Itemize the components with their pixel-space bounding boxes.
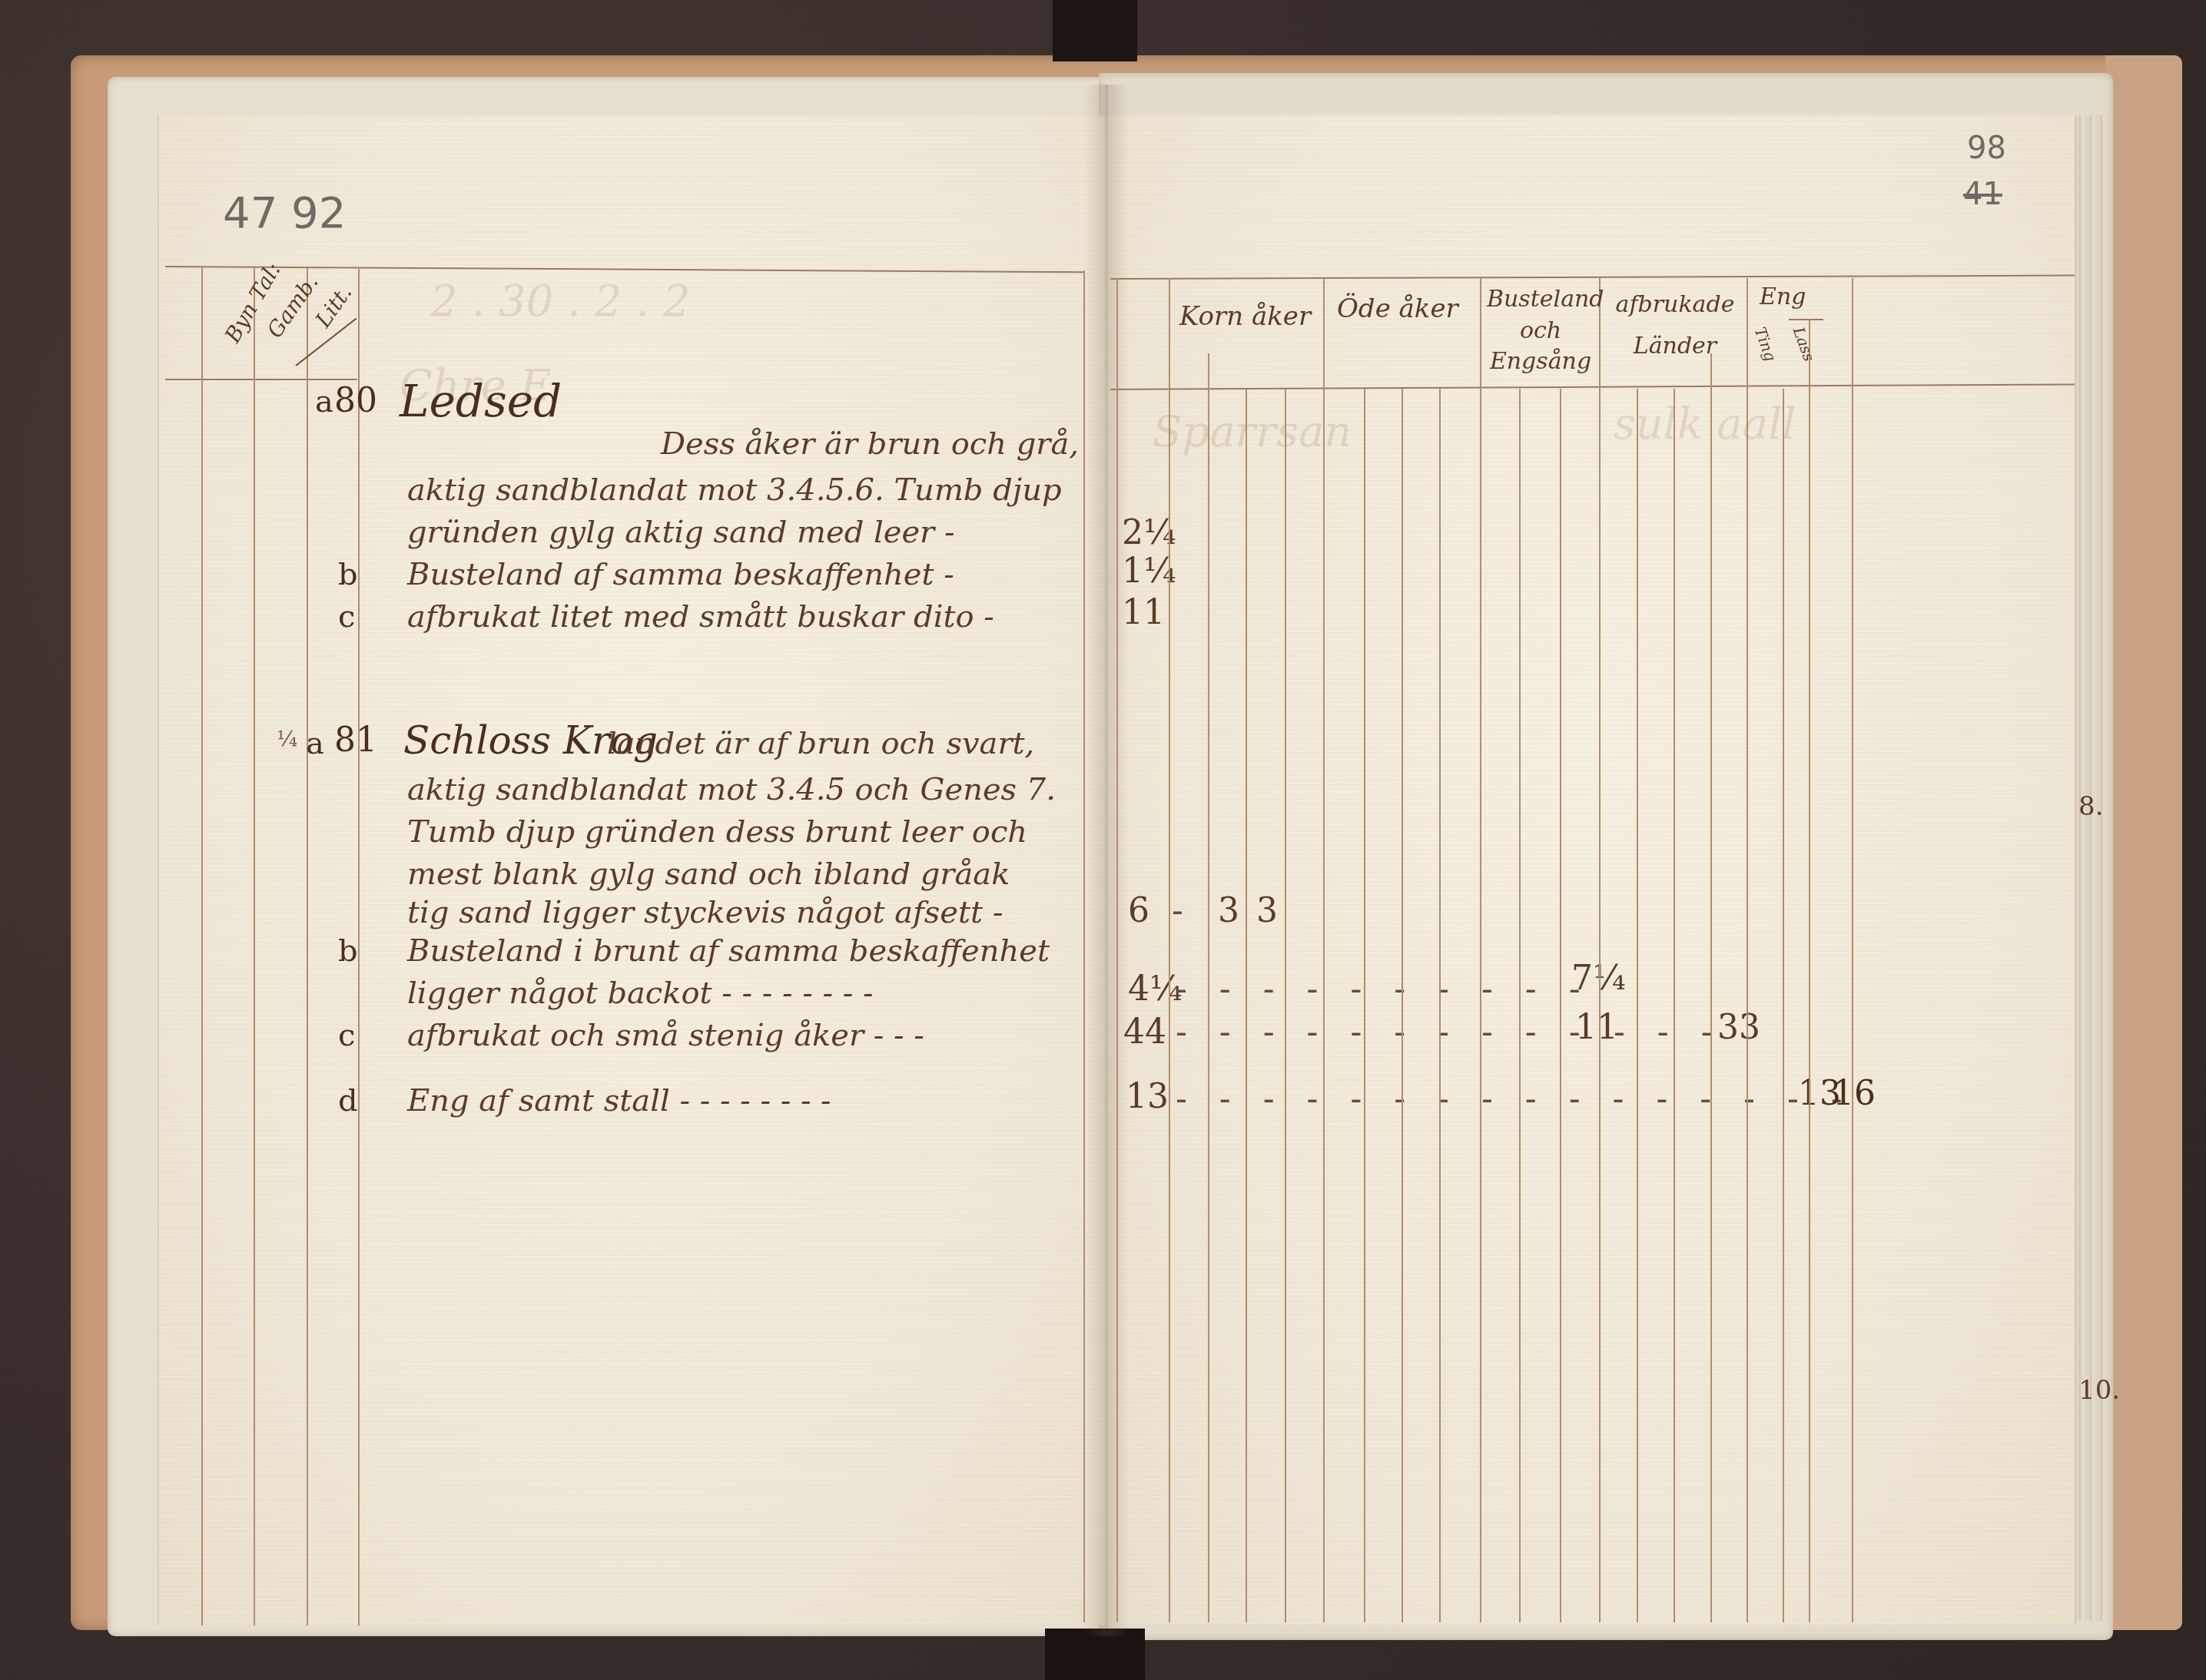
- header-bottom-rule: [165, 379, 357, 380]
- dash-leader: - - - - - - - - - -: [1176, 969, 1591, 1009]
- entry-amount: 44: [1123, 1012, 1166, 1052]
- amount-column-rule: [1083, 270, 1085, 1622]
- entry-letter: c: [338, 599, 355, 635]
- column-rule: [1599, 278, 1601, 1622]
- row-value: 3: [1218, 891, 1239, 930]
- header-eng: Eng: [1760, 286, 1806, 309]
- entry-line: Busteland af samma beskaffenhet -: [407, 557, 954, 592]
- column-rule: [1402, 389, 1403, 1622]
- entry-letter: d: [338, 1083, 358, 1118]
- column-rule: [1852, 278, 1853, 1622]
- entry-line: ligger något backot - - - - - - - -: [407, 976, 873, 1011]
- bleed-through: Sparrsan: [1153, 407, 1352, 457]
- pencil-folio-right-bottom: 41: [1963, 177, 2002, 212]
- entry-line: tig sand ligger styckevis något afsett -: [407, 895, 1003, 930]
- row-value: 33: [1717, 1008, 1760, 1047]
- column-rule: [1809, 319, 1810, 1622]
- column-rule: [1116, 278, 1118, 1622]
- column-rule: [1285, 389, 1286, 1622]
- row-value: 11: [1575, 1008, 1618, 1047]
- entry-amount: 4¼: [1128, 969, 1183, 1009]
- column-rule: [307, 268, 308, 1625]
- column-rule: [1783, 389, 1784, 1622]
- header-korn-aker: Korn åker: [1179, 303, 1311, 330]
- header-sub-rule: [1789, 319, 1823, 320]
- entry-letter: b: [338, 933, 358, 969]
- column-rule: [1519, 389, 1521, 1622]
- column-rule: [1710, 353, 1712, 1622]
- column-rule: [1480, 278, 1481, 1622]
- column-rule: [1674, 389, 1675, 1622]
- bleed-through: 2 . 30 . 2 . 2: [430, 277, 690, 326]
- entry-line: landet är af brun och svart,: [607, 726, 1034, 761]
- column-rule: [1323, 278, 1325, 1622]
- pencil-folio-right-top: 98: [1967, 131, 2006, 166]
- entry-line: afbrukat och små stenig åker - - -: [407, 1018, 924, 1053]
- entry-number: 80: [334, 381, 377, 420]
- entry-name: Ledsed: [400, 375, 562, 427]
- column-rule: [254, 267, 255, 1625]
- dash-leader: - - -: [1614, 1012, 1723, 1052]
- row-value: 16: [1833, 1074, 1876, 1113]
- column-rule: [1208, 353, 1209, 1622]
- column-rule: [1747, 278, 1748, 1622]
- entry-line: Busteland i brunt af samma beskaffenhet: [407, 933, 1050, 969]
- entry-letter: a: [306, 726, 324, 761]
- column-rule: [1560, 389, 1561, 1622]
- entry-line: afbrukat litet med smått buskar dito -: [407, 599, 994, 635]
- spine-top: [1053, 0, 1137, 61]
- entry-amount: 11: [1122, 593, 1165, 632]
- header-busteland: Busteland och Engsång: [1487, 284, 1594, 378]
- entry-line: gründen gylg aktig sand med leer -: [407, 515, 954, 550]
- entry-number: 81: [334, 721, 377, 760]
- edge-number: 10.: [2078, 1375, 2120, 1406]
- entry-line: aktig sandblandat mot 3.4.5 och Genes 7.: [407, 772, 1056, 807]
- pencil-folio-left: 47 92: [223, 188, 346, 238]
- column-rule: [358, 269, 360, 1625]
- column-rule: [1637, 389, 1638, 1622]
- entry-amount: 13: [1126, 1077, 1169, 1116]
- edge-number: 8.: [2078, 791, 2103, 822]
- entry-line: mest blank gylg sand och ibland gråak: [407, 857, 1010, 892]
- entry-amount: 6: [1128, 891, 1149, 930]
- row-value: 3: [1256, 891, 1278, 930]
- entry-line: Dess åker är brun och grå,: [661, 426, 1079, 462]
- column-rule: [1364, 389, 1365, 1622]
- entry-line: Eng af samt stall - - - - - - - -: [407, 1083, 831, 1118]
- dash-leader: - - - - - - - - - - - - - - - -: [1176, 1079, 1853, 1118]
- column-rule: [1439, 389, 1441, 1622]
- bleed-through: sulk aall: [1614, 399, 1796, 449]
- entry-line: aktig sandblandat mot 3.4.5.6. Tumb djup: [407, 472, 1062, 508]
- entry-letter: c: [338, 1018, 355, 1053]
- header-afbrukade-lander: afbrukade Länder: [1606, 284, 1744, 367]
- column-rule: [201, 266, 203, 1625]
- entry-line: Tumb djup gründen dess brunt leer och: [407, 814, 1027, 850]
- entry-letter: b: [338, 557, 358, 592]
- column-rule: [1169, 278, 1170, 1622]
- dash-leader: - - - - - - - - - -: [1176, 1012, 1591, 1052]
- entry-letter: a: [315, 384, 333, 419]
- book-gutter: [1083, 84, 1130, 1636]
- column-rule: [1246, 389, 1247, 1622]
- dash: -: [1172, 891, 1194, 930]
- spine-bottom: [1045, 1629, 1145, 1680]
- margin-fraction: ¼: [277, 726, 297, 751]
- header-ode-aker: Öde åker: [1337, 296, 1458, 322]
